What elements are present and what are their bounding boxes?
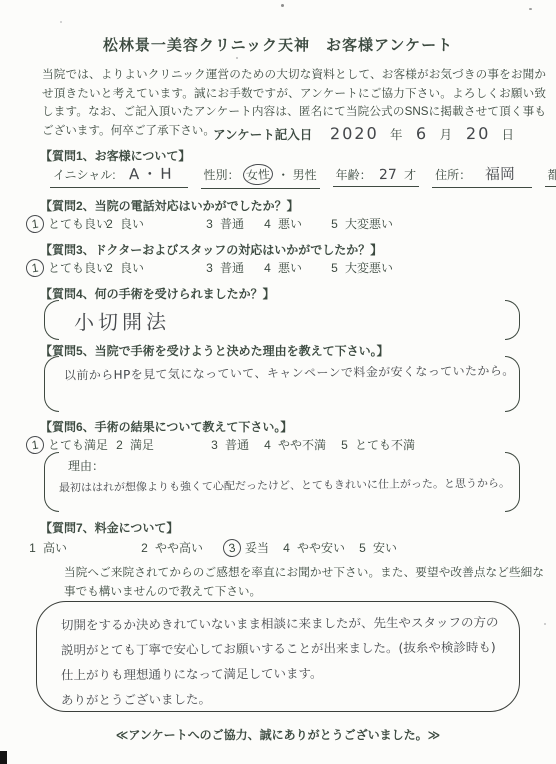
- q2-option-1-label: とても良い: [48, 217, 108, 231]
- q6-option-2-label: 満足: [130, 438, 154, 452]
- feedback-line-3: 仕上がりも理想通りになって満足しています。: [61, 659, 495, 687]
- q6-option-3-num: 3: [208, 438, 221, 452]
- scan-corner-mark: [0, 751, 7, 764]
- question6-header: 【質問6、手術の結果について教えて下さい。】: [40, 418, 292, 435]
- q3-option-3-num: 3: [203, 261, 216, 275]
- q6-option-5-label: とても不満: [355, 438, 415, 452]
- address-suffix: 都道府県: [545, 166, 556, 187]
- q7-option-2-num: 2: [138, 541, 151, 555]
- q3-option-4: 4悪い: [261, 259, 328, 276]
- q2-option-2-label: 良い: [120, 217, 144, 231]
- bracket-left-icon: [44, 452, 59, 512]
- q3-option-3-label: 普通: [220, 261, 244, 275]
- q6-option-2-num: 2: [113, 438, 126, 452]
- q7-option-1-num: 1: [26, 541, 39, 555]
- q6-option-4: 4やや不満: [261, 436, 338, 453]
- question2-options: 1とても良い2良い3普通4悪い5大変悪い: [26, 215, 393, 233]
- q6-option-1-label: とても満足: [48, 438, 108, 452]
- question7-options: 1高い2やや高い3妥当4やや安い5安い: [26, 539, 397, 557]
- q6-option-3-label: 普通: [225, 438, 249, 452]
- q6-option-3: 3普通: [208, 436, 261, 453]
- age-field: 年齢： 27 才: [333, 166, 420, 187]
- q3-option-1-circle: 1: [25, 258, 45, 278]
- date-month-unit: 月: [440, 128, 453, 142]
- q3-option-2: 2良い: [103, 259, 203, 276]
- q3-option-5-num: 5: [328, 261, 341, 275]
- question2-header: 【質問2、当院の電話対応はいかがでしたか？】: [40, 197, 299, 214]
- question1-answer-row: イニシャル: A・H 性別： 女性 ・ 男性 年齢： 27 才 住所： 福岡 都…: [50, 163, 556, 189]
- feedback-line-1: 切開をするか決めきれていないまま相談に来ましたが、先生やスタッフの方の: [61, 609, 495, 637]
- q2-option-3-num: 3: [203, 217, 216, 231]
- feedback-line-2: 説明がとても丁寧で安心してお願いすることが出来ました。(抜糸や検診時も): [61, 634, 495, 662]
- gender-selected-circle: 女性: [242, 163, 273, 186]
- scan-speck: [544, 623, 546, 625]
- q7-option-3-circle: 3: [222, 538, 242, 558]
- question5-answer-box: 以前からHPを見て気になっていて、キャンペーンで料金が安くなっていたから。: [44, 356, 520, 412]
- q6-option-4-num: 4: [261, 438, 274, 452]
- page-title: 松林景一美容クリニック天神 お客様アンケート: [0, 34, 556, 55]
- scan-speck: [529, 8, 532, 10]
- date-year-unit: 年: [390, 128, 403, 142]
- q7-option-3-label: 妥当: [245, 541, 269, 555]
- date-label: アンケート記入日: [213, 128, 312, 142]
- q3-option-2-label: 良い: [120, 261, 144, 275]
- scan-speck: [236, 57, 238, 59]
- address-field: 住所： 福岡: [432, 163, 531, 188]
- bracket-right-icon: [505, 300, 520, 340]
- question3-options: 1とても良い2良い3普通4悪い5大変悪い: [26, 259, 393, 277]
- initial-handwritten-value: A・H: [119, 163, 185, 185]
- q2-option-1-circle: 1: [25, 214, 45, 234]
- question4-handwritten-answer: 小切開法: [74, 305, 170, 335]
- question5-handwritten-answer: 以前からHPを見て気になっていて、キャンペーンで料金が安くなっていたから。: [64, 362, 515, 384]
- question3-header: 【質問3、ドクターおよびスタッフの対応はいかがでしたか？】: [40, 241, 382, 258]
- q2-option-4-label: 悪い: [278, 217, 302, 231]
- question7-header: 【質問7、料金について】: [40, 519, 178, 536]
- scan-speck: [60, 21, 62, 23]
- date-day-unit: 日: [501, 128, 514, 142]
- initial-field: イニシャル: A・H: [50, 163, 188, 188]
- q7-option-5: 5安い: [356, 539, 397, 556]
- q7-option-4: 4やや安い: [280, 539, 356, 556]
- q2-option-2: 2良い: [103, 215, 203, 232]
- bracket-left-icon: [44, 300, 59, 340]
- footer-thanks: ≪アンケートへのご協力、誠にありがとうございました。≫: [0, 726, 556, 743]
- q3-option-5-label: 大変悪い: [345, 261, 393, 275]
- scan-speck: [281, 4, 284, 7]
- q7-option-5-label: 安い: [373, 541, 397, 555]
- q7-option-1: 1高い: [26, 539, 138, 556]
- q6-option-2: 2満足: [113, 436, 208, 453]
- q6-option-1-circle: 1: [25, 435, 45, 455]
- feedback-prompt: 当院へご来院されてからのご感想を率直にお聞かせ下さい。また、要望や改善点など些細…: [64, 564, 544, 601]
- q3-option-1-label: とても良い: [48, 261, 108, 275]
- q7-option-4-num: 4: [280, 541, 293, 555]
- gender-male-label: 男性: [293, 168, 317, 182]
- q2-option-1: 1とても良い: [26, 215, 103, 233]
- gender-separator: ・: [277, 168, 289, 182]
- address-handwritten-value: 福岡: [474, 163, 528, 185]
- age-unit: 才: [404, 168, 416, 182]
- q6-option-5: 5とても不満: [338, 436, 415, 453]
- age-handwritten-value: 27: [375, 167, 401, 183]
- q2-option-5: 5大変悪い: [328, 215, 393, 232]
- q2-option-3-label: 普通: [220, 217, 244, 231]
- q3-option-4-label: 悪い: [278, 261, 302, 275]
- q2-option-5-num: 5: [328, 217, 341, 231]
- survey-date-line: アンケート記入日 2020 年 6 月 20 日: [213, 124, 524, 143]
- feedback-line-4: ありがとうございました。: [61, 684, 495, 712]
- gender-label: 性別：: [204, 168, 240, 182]
- question1-header: 【質問1、お客様について】: [40, 147, 190, 164]
- initial-label: イニシャル:: [53, 168, 116, 182]
- q3-option-3: 3普通: [203, 259, 261, 276]
- date-month-value: 6: [416, 124, 428, 143]
- q3-option-4-num: 4: [261, 261, 274, 275]
- q3-option-2-num: 2: [103, 261, 116, 275]
- q2-option-4: 4悪い: [261, 215, 328, 232]
- q3-option-5: 5大変悪い: [328, 259, 393, 276]
- q2-option-3: 3普通: [203, 215, 261, 232]
- question6-reason-box: 理由： 最初ははれが想像よりも強くて心配だったけど、とてもきれいに仕上がった。と…: [44, 452, 520, 512]
- q7-option-1-label: 高い: [43, 541, 67, 555]
- date-day-value: 20: [466, 124, 491, 143]
- bracket-left-icon: [44, 356, 59, 412]
- age-label: 年齢：: [336, 168, 372, 182]
- question4-answer-box: 小切開法: [44, 300, 520, 340]
- q3-option-1: 1とても良い: [26, 259, 103, 277]
- q2-option-2-num: 2: [103, 217, 116, 231]
- q2-option-5-label: 大変悪い: [345, 217, 393, 231]
- date-year-value: 2020: [330, 124, 379, 144]
- q2-option-4-num: 4: [261, 217, 274, 231]
- question6-handwritten-reason: 最初ははれが想像よりも強くて心配だったけど、とてもきれいに仕上がった。と思うから…: [59, 475, 510, 496]
- address-label: 住所：: [435, 168, 471, 182]
- gender-field: 性別： 女性 ・ 男性: [201, 164, 320, 189]
- feedback-comment-box: 切開をするか決めきれていないまま相談に来ましたが、先生やスタッフの方の 説明がと…: [36, 601, 520, 712]
- q7-option-3: 3妥当: [223, 539, 280, 557]
- q7-option-4-label: やや安い: [297, 541, 345, 555]
- scanned-survey-page: 松林景一美容クリニック天神 お客様アンケート 当院では、よりよいクリニック運営の…: [0, 0, 556, 764]
- q6-option-4-label: やや不満: [278, 438, 326, 452]
- q6-option-5-num: 5: [338, 438, 351, 452]
- q7-option-5-num: 5: [356, 541, 369, 555]
- q7-option-2-label: やや高い: [155, 541, 203, 555]
- reason-label: 理由：: [68, 457, 104, 474]
- q7-option-2: 2やや高い: [138, 539, 223, 556]
